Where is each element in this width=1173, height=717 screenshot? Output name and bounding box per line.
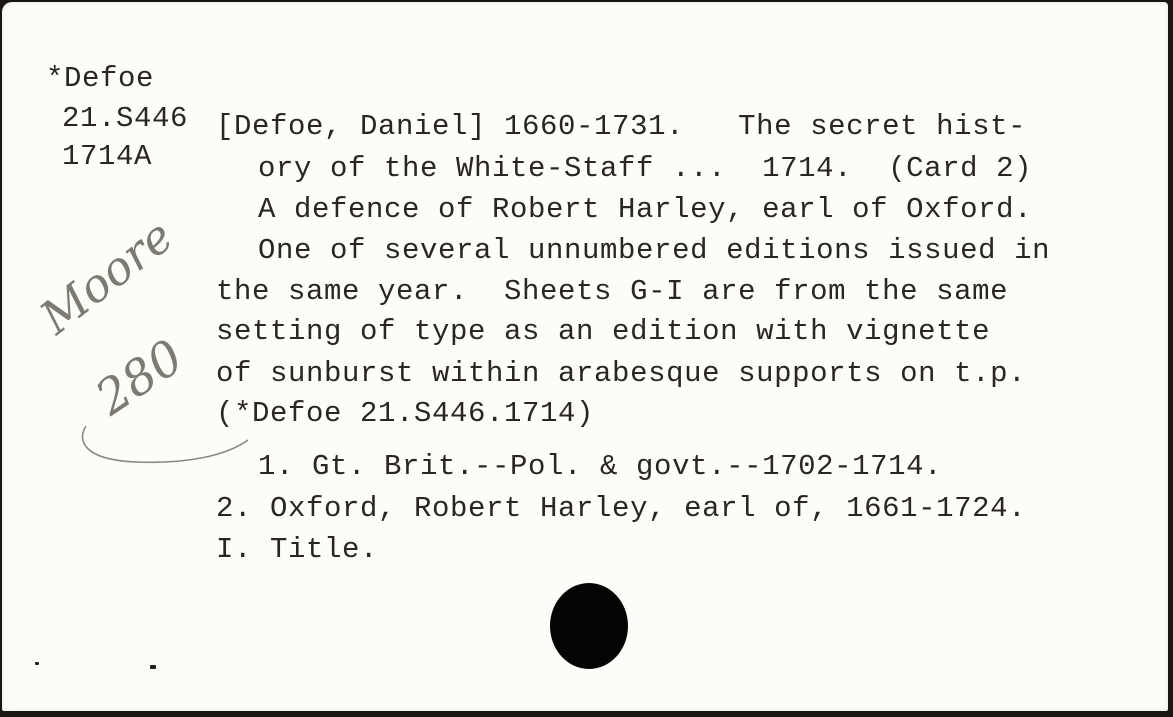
- note-line-1: One of several unnumbered editions issue…: [258, 236, 1050, 265]
- tracing-subject-1: 1. Gt. Brit.--Pol. & govt.--1702-1714.: [258, 452, 942, 481]
- main-entry-heading: *Defoe: [46, 64, 154, 93]
- tracing-subject-2: 2. Oxford, Robert Harley, earl of, 1661-…: [216, 494, 1026, 523]
- tracing-title: I. Title.: [216, 535, 378, 564]
- author-title-line: [Defoe, Daniel] 1660-1731. The secret hi…: [216, 112, 1026, 141]
- subtitle-line: A defence of Robert Harley, earl of Oxfo…: [258, 195, 1032, 224]
- note-line-2: the same year. Sheets G-I are from the s…: [216, 277, 1008, 306]
- note-line-3: setting of type as an edition with vigne…: [216, 317, 990, 346]
- speck-mark: [150, 665, 156, 669]
- speck-mark: [35, 662, 39, 665]
- handwritten-underline-stroke: [76, 422, 266, 472]
- catalog-card: *Defoe 21.S446 1714A [Defoe, Daniel] 166…: [2, 2, 1168, 711]
- card-punch-hole: [550, 583, 628, 669]
- call-number-line-2: 1714A: [62, 142, 152, 171]
- handwritten-note-number: 280: [86, 329, 193, 427]
- note-line-4: of sunburst within arabesque supports on…: [216, 359, 1026, 388]
- note-line-5: (*Defoe 21.S446.1714): [216, 399, 594, 428]
- call-number-line-1: 21.S446: [62, 104, 188, 133]
- title-continuation-line: ory of the White-Staff ... 1714. (Card 2…: [258, 154, 1032, 183]
- handwritten-note-name: Moore: [30, 209, 183, 345]
